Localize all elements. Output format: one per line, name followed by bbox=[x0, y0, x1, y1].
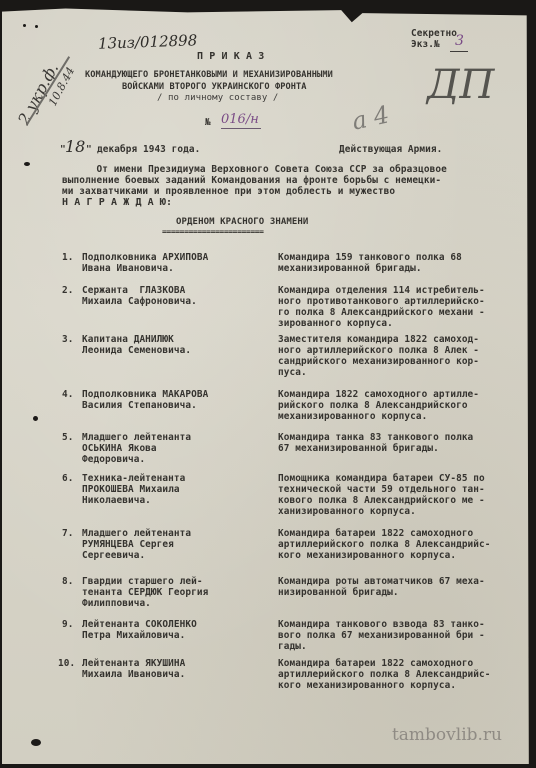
punch-hole bbox=[24, 162, 30, 166]
entry-description: Командира отделения 114 истребитель- ног… bbox=[278, 285, 485, 329]
entry-name: Сержанта ГЛАЗКОВА Михаила Сафроновича. bbox=[82, 285, 197, 307]
subtitle-line-1: КОМАНДУЮЩЕГО БРОНЕТАНКОВЫМИ И МЕХАНИЗИРО… bbox=[85, 70, 333, 80]
document-page: Секретно Экз.№ 3 13из/012898 2 укр.ф. 10… bbox=[2, 4, 532, 764]
entry-name: Лейтенанта ЯКУШИНА Михаила Ивановича. bbox=[82, 658, 185, 680]
entry-description: Командира 159 танкового полка 68 механиз… bbox=[278, 252, 462, 274]
entry-number: 9. bbox=[62, 619, 74, 630]
entry-description: Командира 1822 самоходного артилле- рийс… bbox=[278, 389, 479, 422]
entry-description: Командира танка 83 танкового полка 67 ме… bbox=[278, 432, 473, 454]
date-text: декабря 1943 года. bbox=[97, 144, 200, 155]
entry-description: Командира роты автоматчиков 67 меха- низ… bbox=[278, 576, 485, 598]
entry-name: Младшего лейтенанта ОСЬКИНА Якова Федоро… bbox=[82, 432, 191, 465]
punch-hole bbox=[35, 25, 38, 28]
entry-number: 2. bbox=[62, 285, 74, 296]
entry-description: Заместителя командира 1822 самоход- ного… bbox=[278, 334, 479, 378]
entry-number: 4. bbox=[62, 389, 74, 400]
location: Действующая Армия. bbox=[339, 144, 442, 155]
entry-name: Младшего лейтенанта РУМЯНЦЕВА Сергея Сер… bbox=[82, 528, 191, 561]
classification-label: Секретно bbox=[411, 28, 457, 39]
preamble-line-2: выполнение боевых заданий Командования н… bbox=[62, 175, 441, 186]
punch-hole bbox=[33, 416, 38, 421]
copy-label: Экз.№ bbox=[411, 39, 440, 50]
entry-name: Техника-лейтенанта ПРОКОШЕВА Михаила Ник… bbox=[82, 473, 185, 506]
subtitle-line-2: ВОЙСКАМИ ВТОРОГО УКРАИНСКОГО ФРОНТА bbox=[122, 82, 307, 92]
copy-number: 3 bbox=[455, 33, 464, 49]
entry-number: 10. bbox=[58, 658, 75, 669]
archive-number: 13из/012898 bbox=[98, 31, 198, 52]
award-verb: Н А Г Р А Ж Д А Ю: bbox=[62, 197, 172, 208]
entry-number: 5. bbox=[62, 432, 74, 443]
entry-name: Гвардии старшего лей- тенанта СЕРДЮК Гео… bbox=[82, 576, 208, 609]
document-title: П Р И К А З bbox=[197, 51, 264, 62]
date-day: 18 bbox=[65, 137, 85, 156]
entry-description: Командира батареи 1822 самоходного артил… bbox=[278, 528, 491, 561]
preamble-line-3: ми захватчиками и проявленное при этом д… bbox=[62, 186, 395, 197]
order-number-underline bbox=[221, 128, 261, 129]
entry-description: Командира танкового взвода 83 танко- вог… bbox=[278, 619, 485, 652]
punch-hole bbox=[23, 24, 26, 27]
entry-number: 6. bbox=[62, 473, 74, 484]
entry-description: Помощника командира батареи СУ-85 по тех… bbox=[278, 473, 485, 517]
watermark: tambovlib.ru bbox=[392, 725, 502, 745]
entry-number: 3. bbox=[62, 334, 74, 345]
award-title: ОРДЕНОМ КРАСНОГО ЗНАМЕНИ bbox=[176, 217, 308, 227]
date-close-quote: " bbox=[86, 144, 92, 155]
award-underline: ======================= bbox=[162, 227, 264, 236]
entry-number: 8. bbox=[62, 576, 74, 587]
copy-number-underline bbox=[450, 51, 468, 52]
order-number: 016/н bbox=[221, 112, 259, 127]
order-number-prefix: № bbox=[205, 117, 211, 128]
entry-number: 7. bbox=[62, 528, 74, 539]
punch-hole bbox=[31, 739, 41, 746]
entry-name: Лейтенанта СОКОЛЕНКО Петра Михайловича. bbox=[82, 619, 197, 641]
subtitle-line-3: / по личному составу / bbox=[157, 93, 278, 103]
entry-name: Подполковника МАКАРОВА Василия Степанови… bbox=[82, 389, 208, 411]
entry-description: Командира батареи 1822 самоходного артил… bbox=[278, 658, 491, 691]
pencil-note: а 4 bbox=[349, 100, 391, 135]
entry-number: 1. bbox=[62, 252, 74, 263]
preamble-line-1: От имени Президиума Верховного Совета Со… bbox=[62, 164, 447, 175]
signature: ДП bbox=[427, 62, 494, 108]
entry-name: Подполковника АРХИПОВА Ивана Ивановича. bbox=[82, 252, 208, 274]
entry-name: Капитана ДАНИЛЮК Леонида Семеновича. bbox=[82, 334, 191, 356]
